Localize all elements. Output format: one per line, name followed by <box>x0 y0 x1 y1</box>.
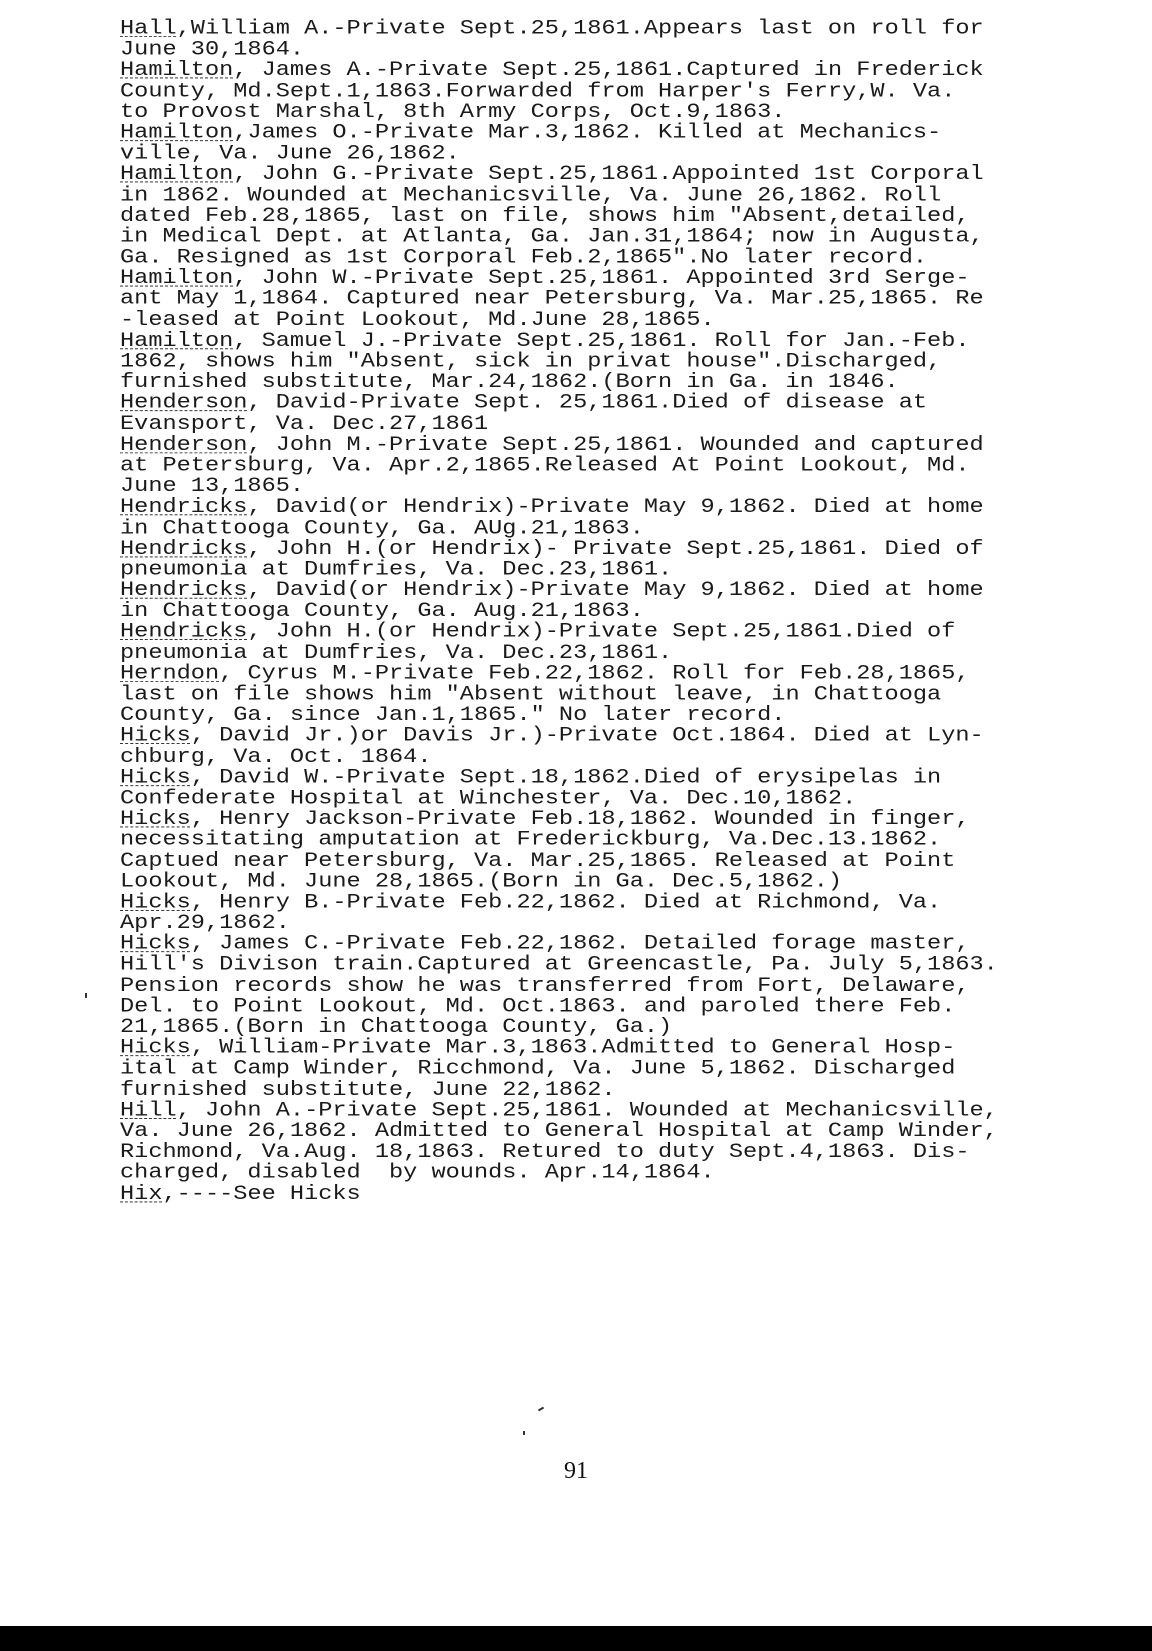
entry-surname: Hamilton <box>120 121 233 144</box>
entry-text: , David(or Hendrix)-Private May 9,1862. … <box>247 579 983 602</box>
text-line: June 13,1865. <box>120 477 998 498</box>
text-line: Pension records show he was transferred … <box>120 976 998 997</box>
entry-line: Hicks, William-Private Mar.3,1863.Admitt… <box>120 1038 998 1059</box>
entry-surname: Hendricks <box>120 537 247 560</box>
roster-text: Hall,William A.-Private Sept.25,1861.App… <box>120 19 998 1205</box>
entry-line: Hamilton, James A.-Private Sept.25,1861.… <box>120 61 998 82</box>
entry-surname: Hicks <box>120 766 191 789</box>
entry-text: ,----See Hicks <box>162 1182 360 1205</box>
text-line: furnished substitute, Mar.24,1862.(Born … <box>120 373 998 394</box>
text-line: 1862, shows him "Absent, sick in privat … <box>120 352 998 373</box>
text-line: in Medical Dept. at Atlanta, Ga. Jan.31,… <box>120 227 998 248</box>
entry-line: Hamilton, John G.-Private Sept.25,1861.A… <box>120 165 998 186</box>
entry-line: Hamilton,James O.-Private Mar.3,1862. Ki… <box>120 123 998 144</box>
entry-line: Hall,William A.-Private Sept.25,1861.App… <box>120 19 998 40</box>
text-line: Apr.29,1862. <box>120 913 998 934</box>
entry-line: Hamilton, John W.-Private Sept.25,1861. … <box>120 269 998 290</box>
scan-speck <box>85 993 87 998</box>
entry-text: , Henry B.-Private Feb.22,1862. Died at … <box>191 891 941 914</box>
text-line: Del. to Point Lookout, Md. Oct.1863. and… <box>120 997 998 1018</box>
entry-line: Hendricks, David(or Hendrix)-Private May… <box>120 497 998 518</box>
text-line: pneumonia at Dumfries, Va. Dec.23,1861. <box>120 643 998 664</box>
text-line: in 1862. Wounded at Mechanicsville, Va. … <box>120 185 998 206</box>
entry-text: , David-Private Sept. 25,1861.Died of di… <box>247 392 927 415</box>
entry-text: , John M.-Private Sept.25,1861. Wounded … <box>247 433 983 456</box>
text-line: furnished substitute, June 22,1862. <box>120 1080 998 1101</box>
entry-line: Hendricks, David(or Hendrix)-Private May… <box>120 581 998 602</box>
entry-surname: Herndon <box>120 662 219 685</box>
entry-text: , John G.-Private Sept.25,1861.Appointed… <box>233 163 983 186</box>
text-line: County, Md.Sept.1,1863.Forwarded from Ha… <box>120 81 998 102</box>
text-line: charged, disabled by wounds. Apr.14,1864… <box>120 1163 998 1184</box>
text-line: at Petersburg, Va. Apr.2,1865.Released A… <box>120 456 998 477</box>
entry-line: Hill, John A.-Private Sept.25,1861. Woun… <box>120 1101 998 1122</box>
entry-surname: Hall <box>120 17 177 40</box>
scan-border <box>0 1626 1152 1651</box>
entry-line: Hicks, Henry Jackson-Private Feb.18,1862… <box>120 809 998 830</box>
entry-line: Herndon, Cyrus M.-Private Feb.22,1862. R… <box>120 664 998 685</box>
entry-line: Hendricks, John H.(or Hendrix)- Private … <box>120 539 998 560</box>
entry-line: Hicks, David W.-Private Sept.18,1862.Die… <box>120 768 998 789</box>
text-line: in Chattooga County, Ga. AUg.21,1863. <box>120 518 998 539</box>
entry-surname: Hix <box>120 1182 162 1205</box>
entry-surname: Hendricks <box>120 579 247 602</box>
text-line: Confederate Hospital at Winchester, Va. … <box>120 789 998 810</box>
text-line: Captued near Petersburg, Va. Mar.25,1865… <box>120 851 998 872</box>
entry-line: Hicks, David Jr.)or Davis Jr.)-Private O… <box>120 726 998 747</box>
entry-surname: Hendricks <box>120 621 247 644</box>
entry-surname: Henderson <box>120 433 247 456</box>
entry-surname: Hill <box>120 1099 177 1122</box>
entry-surname: Hamilton <box>120 329 233 352</box>
entry-line: Hix,----See Hicks <box>120 1184 998 1205</box>
entry-surname: Henderson <box>120 392 247 415</box>
entry-text: , James C.-Private Feb.22,1862. Detailed… <box>191 933 970 956</box>
entry-line: Hamilton, Samuel J.-Private Sept.25,1861… <box>120 331 998 352</box>
entry-line: Hicks, Henry B.-Private Feb.22,1862. Die… <box>120 893 998 914</box>
entry-surname: Hendricks <box>120 496 247 519</box>
text-line: last on file shows him "Absent without l… <box>120 685 998 706</box>
entry-text: , Samuel J.-Private Sept.25,1861. Roll f… <box>233 329 969 352</box>
entry-surname: Hicks <box>120 725 191 748</box>
entry-text: , John H.(or Hendrix)-Private Sept.25,18… <box>247 621 955 644</box>
entry-surname: Hicks <box>120 1037 191 1060</box>
text-line: 21,1865.(Born in Chattooga County, Ga.) <box>120 1017 998 1038</box>
entry-line: Henderson, David-Private Sept. 25,1861.D… <box>120 393 998 414</box>
document-page: Hall,William A.-Private Sept.25,1861.App… <box>0 0 1152 1651</box>
entry-text: , David W.-Private Sept.18,1862.Died of … <box>191 766 941 789</box>
text-line: dated Feb.28,1865, last on file, shows h… <box>120 206 998 227</box>
text-line: ital at Camp Winder, Ricchmond, Va. June… <box>120 1059 998 1080</box>
text-line: Va. June 26,1862. Admitted to General Ho… <box>120 1121 998 1142</box>
text-line: to Provost Marshal, 8th Army Corps, Oct.… <box>120 102 998 123</box>
text-line: Lookout, Md. June 28,1865.(Born in Ga. D… <box>120 872 998 893</box>
entry-surname: Hicks <box>120 933 191 956</box>
entry-line: Hicks, James C.-Private Feb.22,1862. Det… <box>120 934 998 955</box>
entry-text: , Henry Jackson-Private Feb.18,1862. Wou… <box>191 808 970 831</box>
entry-surname: Hamilton <box>120 163 233 186</box>
page-number: 91 <box>0 1458 1152 1485</box>
entry-line: Hendricks, John H.(or Hendrix)-Private S… <box>120 622 998 643</box>
entry-surname: Hicks <box>120 891 191 914</box>
entry-text: , John W.-Private Sept.25,1861. Appointe… <box>233 267 969 290</box>
entry-surname: Hicks <box>120 808 191 831</box>
text-line: County, Ga. since Jan.1,1865." No later … <box>120 705 998 726</box>
entry-text: ,James O.-Private Mar.3,1862. Killed at … <box>233 121 941 144</box>
entry-line: Henderson, John M.-Private Sept.25,1861.… <box>120 435 998 456</box>
text-line: Richmond, Va.Aug. 18,1863. Retured to du… <box>120 1142 998 1163</box>
scan-speck <box>523 1431 525 1435</box>
entry-text: , John H.(or Hendrix)- Private Sept.25,1… <box>247 537 983 560</box>
entry-text: , James A.-Private Sept.25,1861.Captured… <box>233 59 983 82</box>
text-line: -leased at Point Lookout, Md.June 28,186… <box>120 310 998 331</box>
text-line: in Chattooga County, Ga. Aug.21,1863. <box>120 601 998 622</box>
text-line: chburg, Va. Oct. 1864. <box>120 747 998 768</box>
text-line: ant May 1,1864. Captured near Petersburg… <box>120 289 998 310</box>
entry-surname: Hamilton <box>120 267 233 290</box>
text-line: ville, Va. June 26,1862. <box>120 144 998 165</box>
scan-speck <box>538 1407 544 1412</box>
text-line: Ga. Resigned as 1st Corporal Feb.2,1865"… <box>120 248 998 269</box>
entry-surname: Hamilton <box>120 59 233 82</box>
entry-text: ,William A.-Private Sept.25,1861.Appears… <box>177 17 984 40</box>
entry-text: , David Jr.)or Davis Jr.)-Private Oct.18… <box>191 725 984 748</box>
text-line: Hill's Divison train.Captured at Greenca… <box>120 955 998 976</box>
text-line: Evansport, Va. Dec.27,1861 <box>120 414 998 435</box>
entry-text: , David(or Hendrix)-Private May 9,1862. … <box>247 496 983 519</box>
entry-text: , John A.-Private Sept.25,1861. Wounded … <box>177 1099 998 1122</box>
text-line: pneumonia at Dumfries, Va. Dec.23,1861. <box>120 560 998 581</box>
entry-text: , Cyrus M.-Private Feb.22,1862. Roll for… <box>219 662 969 685</box>
text-line: necessitating amputation at Frederickbur… <box>120 830 998 851</box>
entry-text: , William-Private Mar.3,1863.Admitted to… <box>191 1037 956 1060</box>
text-line: June 30,1864. <box>120 40 998 61</box>
